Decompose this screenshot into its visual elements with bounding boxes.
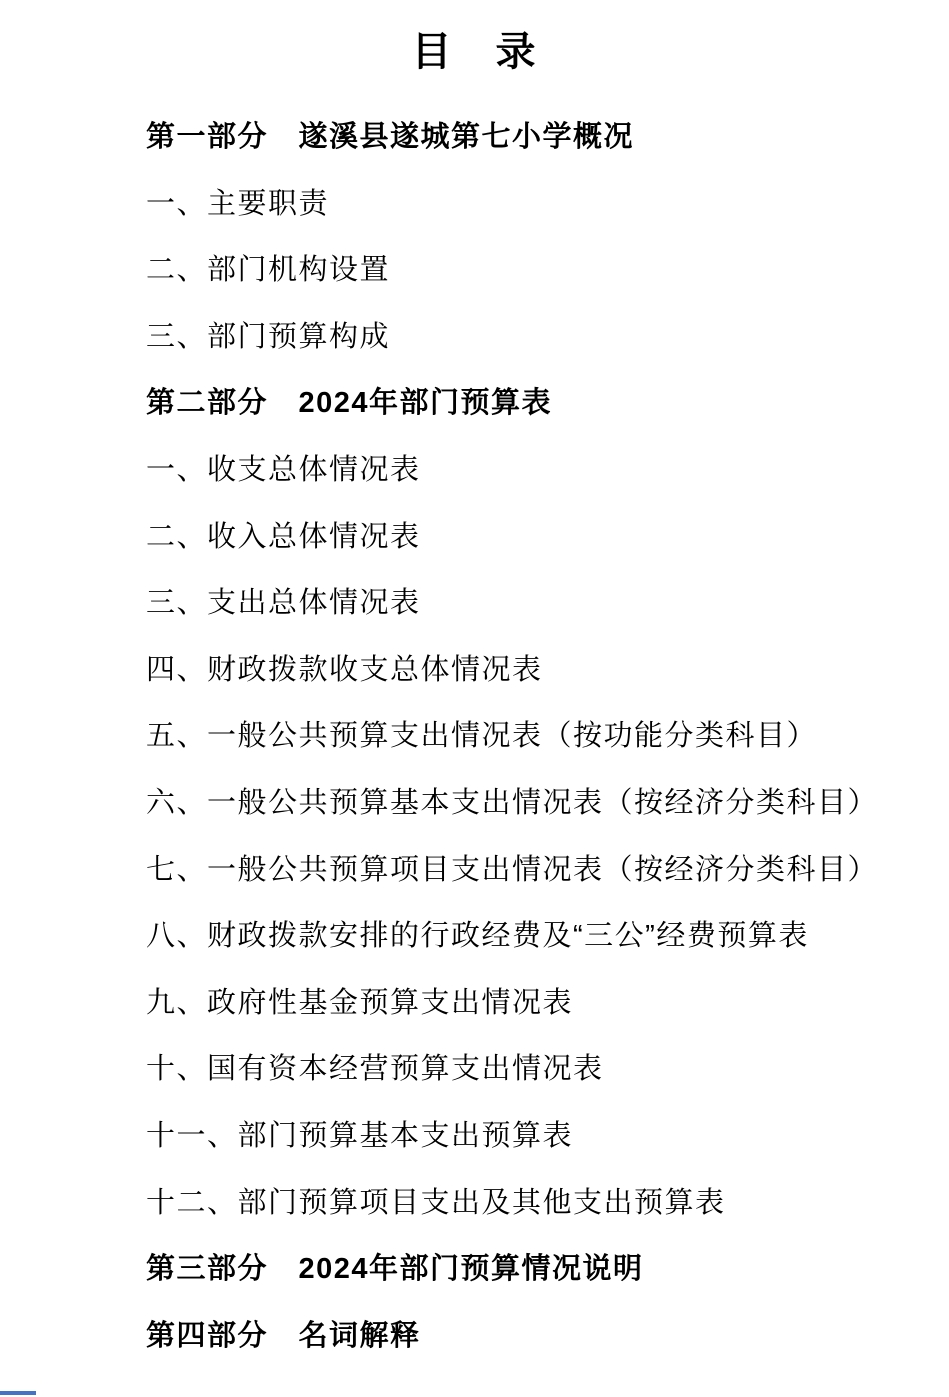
toc-item: 七、一般公共预算项目支出情况表（按经济分类科目） — [146, 837, 929, 904]
toc-part-heading: 第三部分 2024年部门预算情况说明 — [146, 1236, 929, 1303]
toc-item: 一、主要职责 — [146, 171, 929, 238]
toc-item: 十二、部门预算项目支出及其他支出预算表 — [146, 1170, 929, 1237]
toc-item: 十、国有资本经营预算支出情况表 — [146, 1036, 929, 1103]
toc-item: 十一、部门预算基本支出预算表 — [146, 1103, 929, 1170]
toc-item: 六、一般公共预算基本支出情况表（按经济分类科目） — [146, 770, 929, 837]
toc-part-heading: 第二部分 2024年部门预算表 — [146, 370, 929, 437]
toc-item: 二、部门机构设置 — [146, 237, 929, 304]
toc-item: 三、支出总体情况表 — [146, 570, 929, 637]
page-title: 目 录 — [0, 28, 949, 76]
toc-part-heading: 第一部分 遂溪县遂城第七小学概况 — [146, 104, 929, 171]
document-page: 目 录 第一部分 遂溪县遂城第七小学概况一、主要职责二、部门机构设置三、部门预算… — [0, 0, 949, 1397]
toc-item: 五、一般公共预算支出情况表（按功能分类科目） — [146, 703, 929, 770]
toc-part-heading: 第四部分 名词解释 — [146, 1303, 929, 1370]
toc-item: 一、收支总体情况表 — [146, 437, 929, 504]
table-of-contents: 第一部分 遂溪县遂城第七小学概况一、主要职责二、部门机构设置三、部门预算构成第二… — [146, 104, 929, 1369]
toc-item: 二、收入总体情况表 — [146, 504, 929, 571]
bottom-left-blue-mark — [0, 1391, 36, 1395]
toc-item: 九、政府性基金预算支出情况表 — [146, 970, 929, 1037]
toc-item: 三、部门预算构成 — [146, 304, 929, 371]
toc-item: 八、财政拨款安排的行政经费及“三公”经费预算表 — [146, 903, 929, 970]
toc-item: 四、财政拨款收支总体情况表 — [146, 637, 929, 704]
